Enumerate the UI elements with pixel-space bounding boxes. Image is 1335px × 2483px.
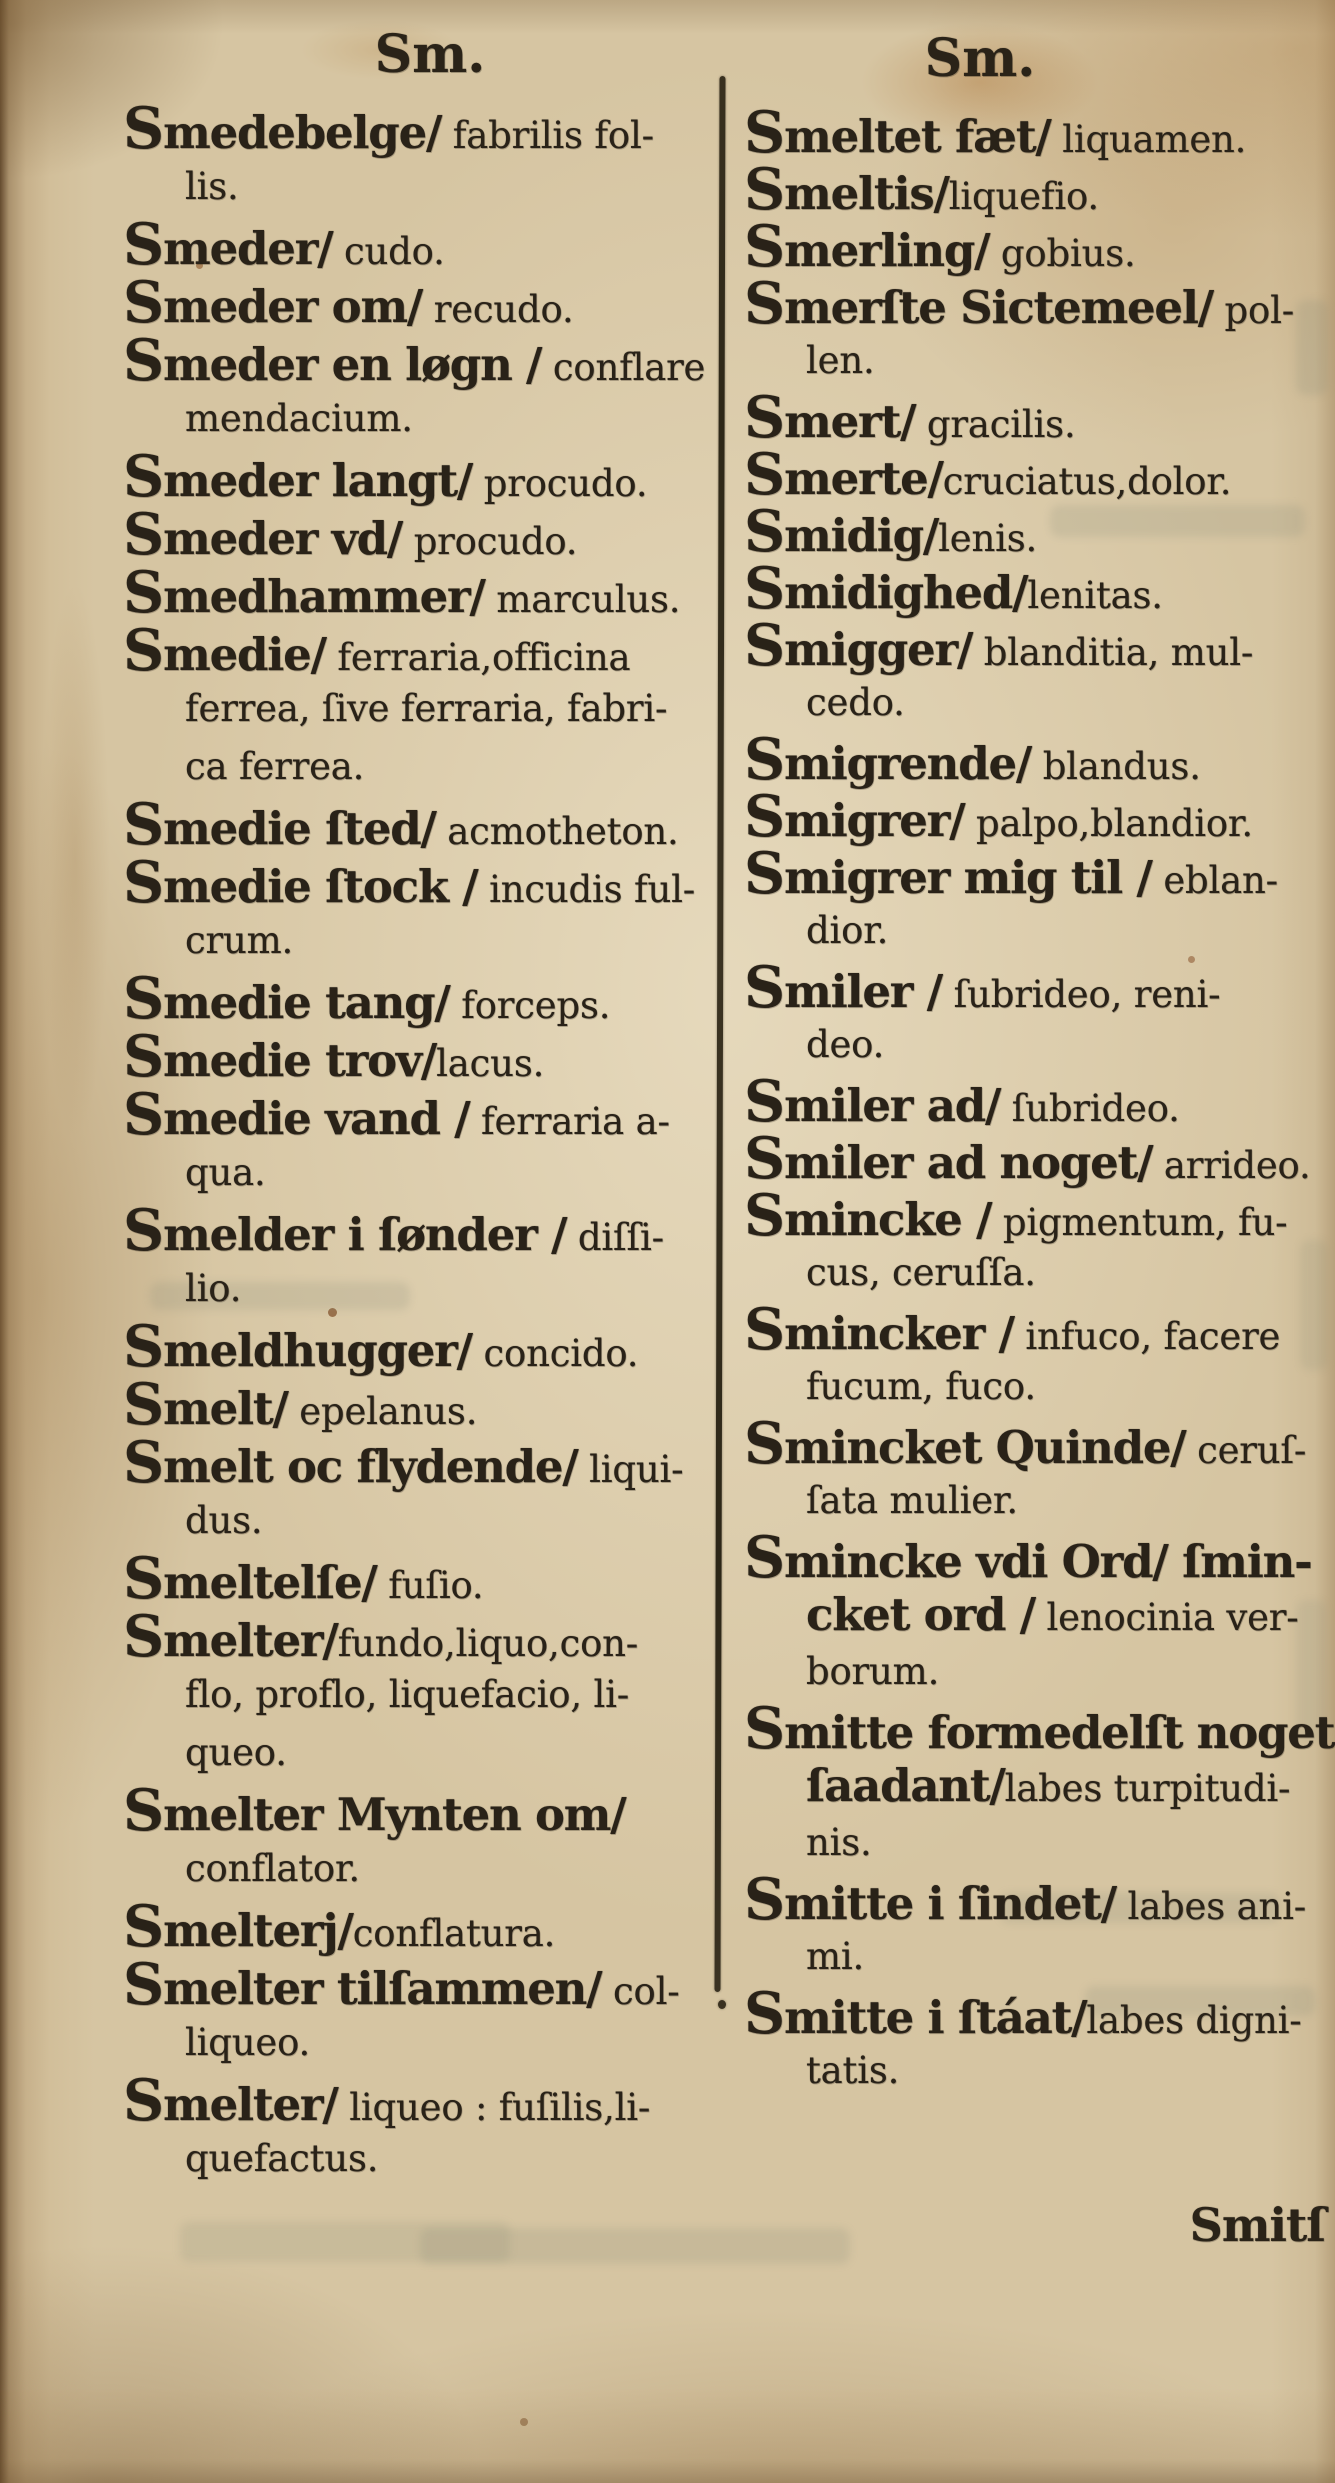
entry-line: Smeder vd/ procudo.	[123, 506, 577, 564]
headword-text: miler ad noget/	[784, 1136, 1152, 1189]
latin-text: acmotheton.	[436, 810, 679, 853]
headword-text: midighed/	[784, 566, 1027, 619]
headword-text: mert/	[784, 395, 915, 448]
entry-line: Smincke / pigmentum, fu-	[744, 1187, 1287, 1245]
entry-line: Smigrer/ palpo,blandior.	[744, 788, 1253, 846]
entry-line: Smincke vdi Ord/ ſmin-	[744, 1529, 1312, 1587]
latin-text: arrideo.	[1152, 1144, 1310, 1187]
latin-text: dior.	[806, 909, 888, 952]
latin-text: ferrea, ſive ferraria, fabri-	[185, 687, 667, 730]
headword-text: melter/	[163, 1614, 338, 1667]
entry-line: Smigrer mig til / eblan-	[744, 845, 1278, 903]
entry-line: Smedebelge/ fabrilis fol-	[123, 100, 654, 158]
latin-text: lio.	[185, 1267, 241, 1310]
latin-text: nis.	[806, 1821, 872, 1864]
entry-line: Smedie/ ferraria,officina	[123, 622, 630, 680]
latin-text: procudo.	[402, 520, 577, 563]
latin-text: pigmentum, fu-	[991, 1201, 1287, 1244]
entry-line: Smedie ſted/ acmotheton.	[123, 796, 679, 854]
initial-letter: S	[123, 849, 163, 916]
latin-text: conflare	[541, 346, 705, 389]
latin-text: queo.	[185, 1731, 287, 1774]
entry-line: Smelter tilſammen/ col-	[123, 1956, 680, 2014]
entry-line: Smelter Mynten om/	[123, 1782, 625, 1840]
initial-letter: S	[123, 617, 163, 684]
entry-line: cket ord / lenocinia ver-	[744, 1586, 1299, 1644]
headword-text: mitte formedelſt noget	[784, 1706, 1334, 1759]
headword-text: merling/	[784, 224, 989, 277]
latin-text: ferraria a-	[469, 1100, 669, 1143]
headword-text: mincke vdi Ord/ ſmin-	[784, 1535, 1311, 1588]
headword-text: meltelſe/	[163, 1556, 376, 1609]
entry-line: Smeltis/liquefio.	[744, 161, 1099, 219]
latin-text: conflator.	[185, 1847, 360, 1890]
initial-letter: S	[123, 2067, 163, 2134]
entry-line: tatis.	[744, 2042, 899, 2100]
latin-text: pol-	[1213, 289, 1294, 332]
latin-text: cus, ceruſſa.	[806, 1251, 1036, 1294]
latin-text: ceruſ-	[1186, 1429, 1307, 1472]
latin-text: lis.	[185, 165, 239, 208]
entry-line: Smelder i ſønder / diſſi-	[123, 1202, 664, 1260]
headword-text: melter Mynten om/	[163, 1788, 625, 1841]
initial-letter: S	[744, 1410, 784, 1477]
entry-line: deo.	[744, 1016, 884, 1074]
headword-text: meder/	[163, 222, 332, 275]
latin-text: conflatura.	[353, 1912, 555, 1955]
entry-line: fucum, fuco.	[744, 1358, 1036, 1416]
headword-text: migrer mig til /	[784, 851, 1152, 904]
initial-letter: S	[744, 840, 784, 907]
latin-text: blanditia, mul-	[972, 631, 1253, 674]
entry-line: Smedhammer/ marculus.	[123, 564, 680, 622]
headword-text: meltet fæt/	[784, 110, 1050, 163]
latin-text: eblan-	[1152, 859, 1278, 902]
entry-line: Smedie trov/lacus.	[123, 1028, 544, 1086]
headword-text: medie/	[163, 628, 326, 681]
headword-text: cket ord /	[806, 1588, 1035, 1641]
entry-line: cedo.	[744, 674, 905, 732]
latin-text: ca ferrea.	[185, 745, 364, 788]
latin-text: lacus.	[436, 1042, 544, 1085]
latin-text: deo.	[806, 1023, 884, 1066]
scanned-dictionary-page: { "page": { "left_column_header": "Sm.",…	[0, 0, 1335, 2483]
latin-text: col-	[601, 1970, 679, 2013]
entry-line: mendacium.	[123, 390, 413, 448]
latin-text: labes ani-	[1116, 1885, 1306, 1928]
entry-line: Smidighed/lenitas.	[744, 560, 1163, 618]
headword-text: melder i ſønder /	[163, 1208, 566, 1261]
initial-letter: S	[744, 1296, 784, 1363]
headword-text: medie vand /	[163, 1092, 469, 1145]
latin-text: liqueo : fuſilis,li-	[338, 2086, 651, 2129]
latin-text: forceps.	[450, 984, 611, 1027]
headword-text: melt/	[163, 1382, 288, 1435]
initial-letter: S	[744, 270, 784, 337]
entry-line: Smedie vand / ferraria a-	[123, 1086, 670, 1144]
initial-letter: S	[123, 1371, 163, 1438]
entry-line: ſaadant/labes turpitudi-	[744, 1757, 1290, 1815]
entry-line: Smitte i ſtáat/labes digni-	[744, 1985, 1302, 2043]
latin-text: marculus.	[485, 578, 681, 621]
headword-text: migger/	[784, 623, 972, 676]
entry-line: queo.	[123, 1724, 287, 1782]
headword-text: meder om/	[163, 280, 422, 333]
entry-line: Smelt oc flydende/ liqui-	[123, 1434, 683, 1492]
headword-text: meldhugger/	[163, 1324, 472, 1377]
latin-text: gobius.	[989, 232, 1135, 275]
entry-line: qua.	[123, 1144, 266, 1202]
latin-text: ferraria,officina	[326, 636, 630, 679]
initial-letter: S	[123, 1313, 163, 1380]
entry-line: Smigrende/ blandus.	[744, 731, 1201, 789]
entry-line: dus.	[123, 1492, 262, 1550]
latin-text: lenitas.	[1027, 574, 1162, 617]
entry-line: lis.	[123, 158, 239, 216]
initial-letter: S	[123, 501, 163, 568]
entry-line: cus, ceruſſa.	[744, 1244, 1036, 1302]
entry-line: Smelt/ epelanus.	[123, 1376, 477, 1434]
headword-text: midig/	[784, 509, 938, 562]
entry-line: flo, proflo, liquefacio, li-	[123, 1666, 629, 1724]
entry-line: Smedie tang/ forceps.	[123, 970, 610, 1028]
entry-line: Smidig/lenis.	[744, 503, 1037, 561]
latin-text: ſata mulier.	[806, 1479, 1018, 1522]
entry-line: Smeder/ cudo.	[123, 216, 445, 274]
latin-text: concido.	[472, 1332, 638, 1375]
latin-text: diſſi-	[566, 1216, 664, 1259]
latin-text: fuſio.	[377, 1564, 484, 1607]
entry-line: Smigger/ blanditia, mul-	[744, 617, 1253, 675]
initial-letter: S	[123, 1081, 163, 1148]
entry-line: Smiler / ſubrideo, reni-	[744, 959, 1220, 1017]
latin-text: fundo,liquo,con-	[338, 1622, 638, 1665]
entry-line: crum.	[123, 912, 293, 970]
right-column: Smeltet fæt/ liquamen.Smeltis/liquefio.S…	[744, 104, 1322, 2114]
catchword: Smitſ	[1095, 2198, 1325, 2252]
initial-letter: S	[123, 965, 163, 1032]
entry-line: ſata mulier.	[744, 1472, 1018, 1530]
initial-letter: S	[744, 612, 784, 679]
entry-line: Smeldhugger/ concido.	[123, 1318, 638, 1376]
headword-text: mincket Quinde/	[784, 1421, 1185, 1474]
entry-line: Smincker / infuco, facere	[744, 1301, 1280, 1359]
headword-text: melter tilſammen/	[163, 1962, 601, 2015]
latin-text: dus.	[185, 1499, 262, 1542]
initial-letter: S	[744, 1980, 784, 2047]
initial-letter: S	[123, 1777, 163, 1844]
latin-text: blandus.	[1031, 745, 1201, 788]
latin-text: procudo.	[472, 462, 647, 505]
entry-line: Smelterj/conflatura.	[123, 1898, 555, 1956]
latin-text: labes digni-	[1086, 1999, 1301, 2042]
entry-line: Smerling/ gobius.	[744, 218, 1136, 276]
initial-letter: S	[744, 954, 784, 1021]
latin-text: flo, proflo, liquefacio, li-	[185, 1673, 629, 1716]
initial-letter: S	[123, 443, 163, 510]
latin-text: palpo,blandior.	[964, 802, 1252, 845]
latin-text: lenis.	[938, 517, 1037, 560]
left-column: Smedebelge/ fabrilis fol-lis.Smeder/ cud…	[123, 100, 735, 2210]
entry-line: Smedie ſtock / incudis ful-	[123, 854, 695, 912]
initial-letter: S	[123, 327, 163, 394]
headword-text: meder vd/	[163, 512, 402, 565]
entry-line: Smeder langt/ procudo.	[123, 448, 647, 506]
entry-line: borum.	[744, 1643, 939, 1701]
latin-text: crum.	[185, 919, 293, 962]
latin-text: ſubrideo, reni-	[942, 973, 1220, 1016]
headword-text: merſte Sictemeel/	[784, 281, 1213, 334]
entry-line: Smeder en løgn / conflare	[123, 332, 705, 390]
latin-text: liqui-	[578, 1448, 684, 1491]
latin-text: tatis.	[806, 2049, 899, 2092]
latin-text: fabrilis fol-	[441, 114, 654, 157]
initial-letter: S	[744, 1695, 784, 1762]
headword-text: melter/	[163, 2078, 338, 2131]
entry-line: liqueo.	[123, 2014, 310, 2072]
headword-text: medie tang/	[163, 976, 449, 1029]
latin-text: liquamen.	[1051, 118, 1247, 161]
latin-text: cedo.	[806, 681, 905, 724]
entry-line: quefactus.	[123, 2130, 378, 2188]
initial-letter: S	[123, 95, 163, 162]
latin-text: cruciatus,dolor.	[943, 460, 1232, 503]
latin-text: liquefio.	[949, 175, 1099, 218]
headword-text: meder en løgn /	[163, 338, 541, 391]
entry-line: len.	[744, 332, 875, 390]
entry-line: Smiler ad/ ſubrideo.	[744, 1073, 1180, 1131]
headword-text: ſaadant/	[806, 1759, 1005, 1812]
latin-text: mendacium.	[185, 397, 413, 440]
latin-text: liqueo.	[185, 2021, 310, 2064]
entry-line: mi.	[744, 1928, 864, 1986]
headword-text: miler /	[784, 965, 942, 1018]
initial-letter: S	[123, 1023, 163, 1090]
latin-text: labes turpitudi-	[1005, 1767, 1291, 1810]
latin-text: len.	[806, 339, 875, 382]
entry-line: ferrea, ſive ferraria, fabri-	[123, 680, 667, 738]
headword-text: melt oc flydende/	[163, 1440, 577, 1493]
entry-line: Smerſte Sictemeel/ pol-	[744, 275, 1294, 333]
entry-line: Smelter/fundo,liquo,con-	[123, 1608, 638, 1666]
entry-line: conflator.	[123, 1840, 360, 1898]
latin-text: borum.	[806, 1650, 939, 1693]
entry-line: Smincket Quinde/ ceruſ-	[744, 1415, 1306, 1473]
entry-line: Smert/ gracilis.	[744, 389, 1076, 447]
entry-line: Smeltelſe/ fuſio.	[123, 1550, 483, 1608]
initial-letter: S	[123, 1603, 163, 1670]
initial-letter: S	[744, 1524, 784, 1591]
right-column-header: Sm.	[870, 28, 1090, 89]
entry-line: Smeltet fæt/ liquamen.	[744, 104, 1246, 162]
headword-text: mitte i ſindet/	[784, 1877, 1116, 1930]
headword-text: migrende/	[784, 737, 1031, 790]
headword-text: melterj/	[163, 1904, 353, 1957]
initial-letter: S	[123, 1197, 163, 1264]
headword-text: merte/	[784, 452, 943, 505]
initial-letter: S	[123, 1429, 163, 1496]
latin-text: mi.	[806, 1935, 864, 1978]
latin-text: cudo.	[332, 230, 444, 273]
initial-letter: S	[123, 1545, 163, 1612]
initial-letter: S	[123, 211, 163, 278]
latin-text: recudo.	[422, 288, 573, 331]
latin-text: fucum, fuco.	[806, 1365, 1036, 1408]
headword-text: mincke /	[784, 1193, 991, 1246]
entry-line: Smerte/cruciatus,dolor.	[744, 446, 1231, 504]
latin-text: gracilis.	[915, 403, 1075, 446]
initial-letter: S	[744, 1182, 784, 1249]
headword-text: mitte i ſtáat/	[784, 1991, 1086, 2044]
entry-line: ca ferrea.	[123, 738, 364, 796]
initial-letter: S	[123, 269, 163, 336]
entry-line: lio.	[123, 1260, 241, 1318]
left-column-header: Sm.	[320, 24, 540, 85]
entry-line: Smelter/ liqueo : fuſilis,li-	[123, 2072, 650, 2130]
latin-text: ſubrideo.	[1000, 1087, 1179, 1130]
headword-text: medhammer/	[163, 570, 485, 623]
latin-text: infuco, facere	[1014, 1315, 1280, 1358]
latin-text: quefactus.	[185, 2137, 378, 2180]
initial-letter: S	[744, 1866, 784, 1933]
latin-text: incudis ful-	[478, 868, 696, 911]
latin-text: epelanus.	[288, 1390, 478, 1433]
entry-line: Smiler ad noget/ arrideo.	[744, 1130, 1311, 1188]
headword-text: miler ad/	[784, 1079, 1000, 1132]
headword-text: medebelge/	[163, 106, 441, 159]
headword-text: meltis/	[784, 167, 949, 220]
headword-text: medie ſted/	[163, 802, 436, 855]
headword-text: meder langt/	[163, 454, 472, 507]
latin-text: lenocinia ver-	[1035, 1596, 1299, 1639]
headword-text: mincker /	[784, 1307, 1014, 1360]
entry-line: Smitte i ſindet/ labes ani-	[744, 1871, 1306, 1929]
headword-text: migrer/	[784, 794, 964, 847]
initial-letter: S	[123, 1893, 163, 1960]
headword-text: medie ſtock /	[163, 860, 477, 913]
entry-line: Smeder om/ recudo.	[123, 274, 574, 332]
headword-text: medie trov/	[163, 1034, 436, 1087]
entry-line: nis.	[744, 1814, 872, 1872]
initial-letter: S	[123, 559, 163, 626]
latin-text: qua.	[185, 1151, 266, 1194]
entry-line: Smitte formedelſt noget	[744, 1700, 1334, 1758]
initial-letter: S	[123, 791, 163, 858]
initial-letter: S	[123, 1951, 163, 2018]
entry-line: dior.	[744, 902, 888, 960]
